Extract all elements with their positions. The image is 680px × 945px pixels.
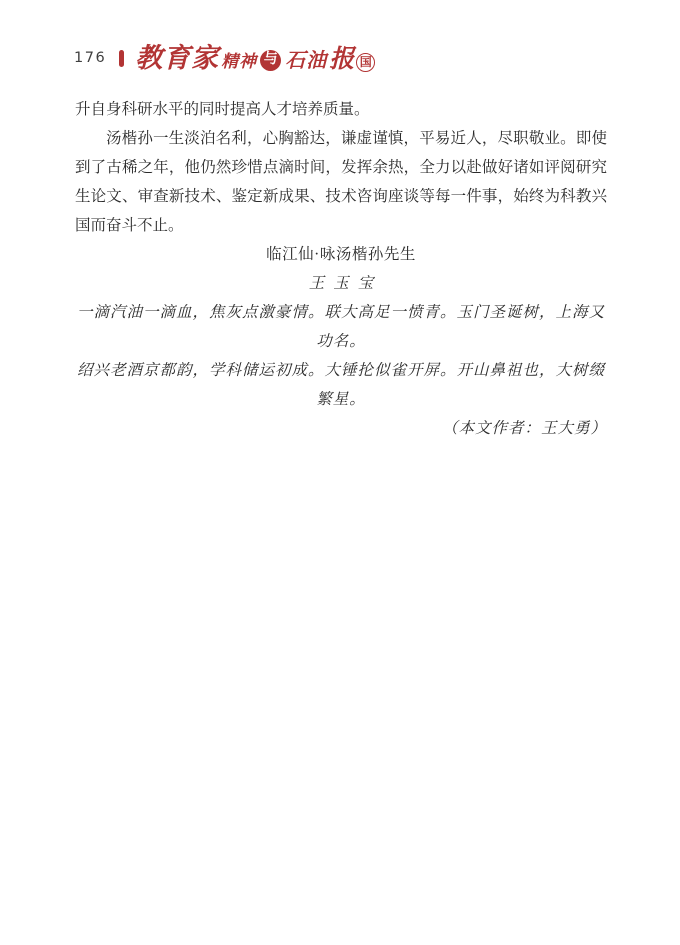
logo-segment-bao: 报 [329, 47, 354, 72]
page-header: 176 教育家 精神 与 石油 报 国 [74, 40, 607, 76]
header-divider-bar [119, 50, 124, 67]
poem-line-1: 一滴汽油一滴血，焦灰点激豪情。联大高足一愤青。玉门圣诞树，上海又功名。 [75, 298, 607, 356]
series-title-logo: 教育家 精神 与 石油 报 国 [135, 45, 375, 72]
book-page: 176 教育家 精神 与 石油 报 国 升自身科研水平的同时提高人才培养质量。 … [0, 0, 680, 945]
paragraph-continuation: 升自身科研水平的同时提高人才培养质量。 [75, 95, 607, 124]
logo-segment-shiyou: 石油 [285, 51, 327, 71]
poem-line-2: 绍兴老酒京都韵，学科储运初成。大锤抡似雀开屏。开山鼻祖也，大树缀繁星。 [75, 356, 607, 414]
article-body: 升自身科研水平的同时提高人才培养质量。 汤楷孙一生淡泊名利，心胸豁达，谦虚谨慎，… [75, 95, 607, 443]
paragraph: 汤楷孙一生淡泊名利，心胸豁达，谦虚谨慎，平易近人，尽职敬业。即使到了古稀之年，他… [75, 124, 607, 240]
poem-author: 王玉宝 [75, 269, 607, 298]
logo-circle-yu: 与 [260, 50, 281, 71]
author-attribution: （本文作者：王大勇） [75, 414, 607, 443]
logo-segment-jiaoyujia: 教育家 [135, 45, 219, 72]
logo-segment-jingshen: 精神 [221, 53, 257, 70]
logo-circle-guo: 国 [356, 53, 375, 72]
poem-title: 临江仙·咏汤楷孙先生 [75, 240, 607, 269]
page-number: 176 [74, 50, 106, 66]
